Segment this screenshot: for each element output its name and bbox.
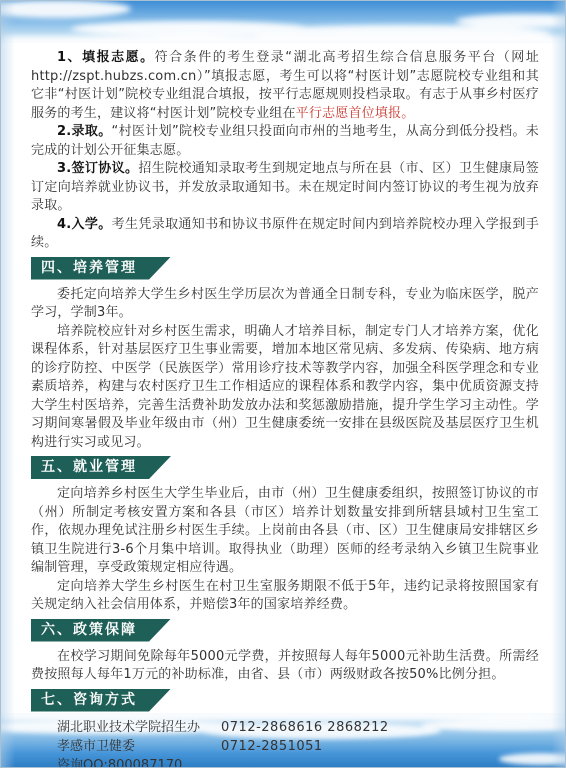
training-paragraph: 培养院校应针对乡村医生需求，明确人才培养目标，制定专门人才培养方案，优化课程体系…: [31, 323, 539, 453]
paragraph-step-enrollment: 4.入学。考生凭录取通知书和协议书原件在规定时间内到培养院校办理入学报到手续。: [31, 216, 539, 253]
employment-paragraph: 定向培养大学生乡村医生在村卫生室服务期限不低于5年，违约记录将按照国家有关规定纳…: [31, 578, 539, 615]
section-title: 六、政策保障: [41, 622, 137, 638]
paragraph-step-sign-agreement: 3.签订协议。招生院校通知录取考生到规定地点与所在县（市、区）卫生健康局签订定向…: [31, 160, 539, 216]
contact-phone: 0712-2868616 2868212: [221, 718, 539, 737]
red-emphasis-text: 平行志愿首位填报。: [296, 106, 415, 121]
contact-phone: 0712-2851051: [221, 737, 539, 756]
section-header-contact: 七、咨询方式: [31, 689, 171, 712]
flyer-page: 1、填报志愿。符合条件的考生登录“湖北高考招生综合信息服务平台（网址http:/…: [0, 0, 566, 768]
contact-label: 咨询QQ:800087170: [57, 756, 221, 768]
section-title: 五、就业管理: [41, 459, 137, 475]
paragraph-step-fill-application: 1、填报志愿。符合条件的考生登录“湖北高考招生综合信息服务平台（网址http:/…: [31, 49, 539, 123]
section-header-employment: 五、就业管理: [31, 456, 171, 479]
contact-row-college: 湖北职业技术学院招生办 0712-2868616 2868212: [31, 718, 539, 737]
contact-row-health-commission: 孝感市卫健委 0712-2851051: [31, 737, 539, 756]
section-row: 四、培养管理: [31, 257, 539, 280]
paragraph-step-admission: 2.录取。“村医计划”院校专业组只投面向市州的当地考生，从高分到低分投档。未完成…: [31, 123, 539, 160]
step-lead: 1、填报志愿。: [57, 50, 155, 65]
section-row: 六、政策保障: [31, 619, 539, 642]
step-lead: 3.签订协议。: [57, 161, 138, 176]
section-title: 四、培养管理: [41, 260, 137, 276]
policy-paragraph: 在校学习期间免除每年5000元学费，并按照每人每年5000元补助生活费。所需经费…: [31, 648, 539, 685]
contact-label: 孝感市卫健委: [57, 737, 221, 756]
content-area: 1、填报志愿。符合条件的考生登录“湖北高考招生综合信息服务平台（网址http:/…: [1, 43, 565, 768]
section-row: 五、就业管理: [31, 456, 539, 479]
section-header-training: 四、培养管理: [31, 257, 171, 280]
contact-phone: [221, 756, 539, 768]
step-lead: 4.入学。: [57, 217, 112, 232]
sky-clouds-top-decoration: [1, 1, 566, 43]
section-row: 七、咨询方式: [31, 689, 539, 712]
step-lead: 2.录取。: [57, 124, 112, 139]
contact-row-qq: 咨询QQ:800087170: [31, 756, 539, 768]
training-paragraph: 委托定向培养大学生乡村医生学历层次为普通全日制专科，专业为临床医学，脱产学习，学…: [31, 286, 539, 323]
employment-paragraph: 定向培养乡村医生大学生毕业后，由市（州）卫生健康委组织，按照签订协议的市（州）所…: [31, 485, 539, 578]
section-header-policy: 六、政策保障: [31, 619, 171, 642]
section-title: 七、咨询方式: [41, 692, 137, 708]
contact-label: 湖北职业技术学院招生办: [57, 718, 221, 737]
